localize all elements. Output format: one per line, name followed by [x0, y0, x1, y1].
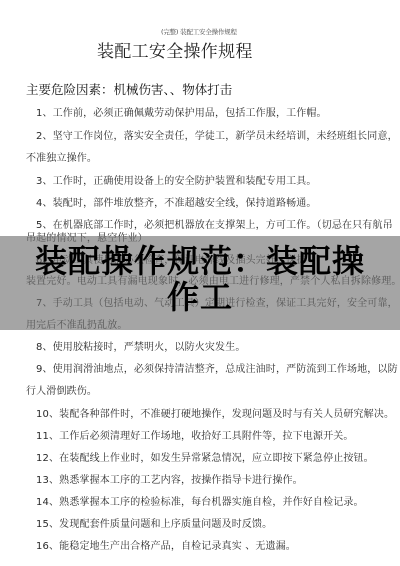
rule-line: 15、发现配套件质量问题和上序质量问题及时反馈。 [36, 515, 272, 530]
overlay-title-line-1: 装配操作规范：装配操 [0, 243, 400, 279]
rule-line: 8、使用胶粘接时，严禁明火，以防火灾发生。 [36, 338, 246, 353]
rule-line: 10、装配各种部件时，不准硬打硬地操作，发现问题及时与有关人员研究解决。 [36, 405, 394, 420]
hazard-heading: 主要危险因素：机械伤害、、物体打击 [26, 80, 232, 98]
rule-line: 不准独立操作。 [26, 149, 97, 164]
rule-line: 4、装配时，部件堆放整齐，不准超越安全线，保持道路畅通。 [36, 194, 317, 209]
rule-line: 行人滑倒跌伤。 [26, 382, 97, 397]
document-subtitle: (完整) 装配工安全操作规程 [161, 27, 237, 36]
overlay-title: 装配操作规范：装配操 作工 [0, 243, 400, 315]
document-title: 装配工安全操作规程 [97, 37, 253, 62]
overlay-title-line-2: 作工 [0, 279, 400, 315]
rule-line: 9、使用润滑油地点，必须保持清洁整齐，总成注油时，严防流到工作场地，以防 [36, 360, 398, 375]
rule-line: 2、坚守工作岗位，落实安全责任，学徒工，新学员未经培训，未经班组长同意， [36, 127, 398, 142]
rule-line: 12、在装配线上作业时，如发生异常紧急情况，应立即按下紧急停止按钮。 [36, 449, 374, 464]
rule-line: 16、能稳定地生产出合格产品，自检记录真实 、无遗漏。 [36, 537, 296, 552]
rule-line: 3、工作时，正确使用设备上的安全防护装置和装配专用工具。 [36, 172, 317, 187]
rule-line: 11、工作后必须清理好工作场地，收拾好工具附件等，拉下电源开关。 [36, 427, 354, 442]
rule-line: 13、熟悉掌握本工序的工艺内容，按操作指导卡进行操作。 [36, 471, 303, 486]
rule-line: 14、熟悉掌握本工序的检验标准，每台机器实施自检，并作好自检记录。 [36, 493, 364, 508]
rule-line: 1、工作前，必须正确佩戴劳动保护用品，包括工作服，工作帽。 [36, 104, 327, 119]
